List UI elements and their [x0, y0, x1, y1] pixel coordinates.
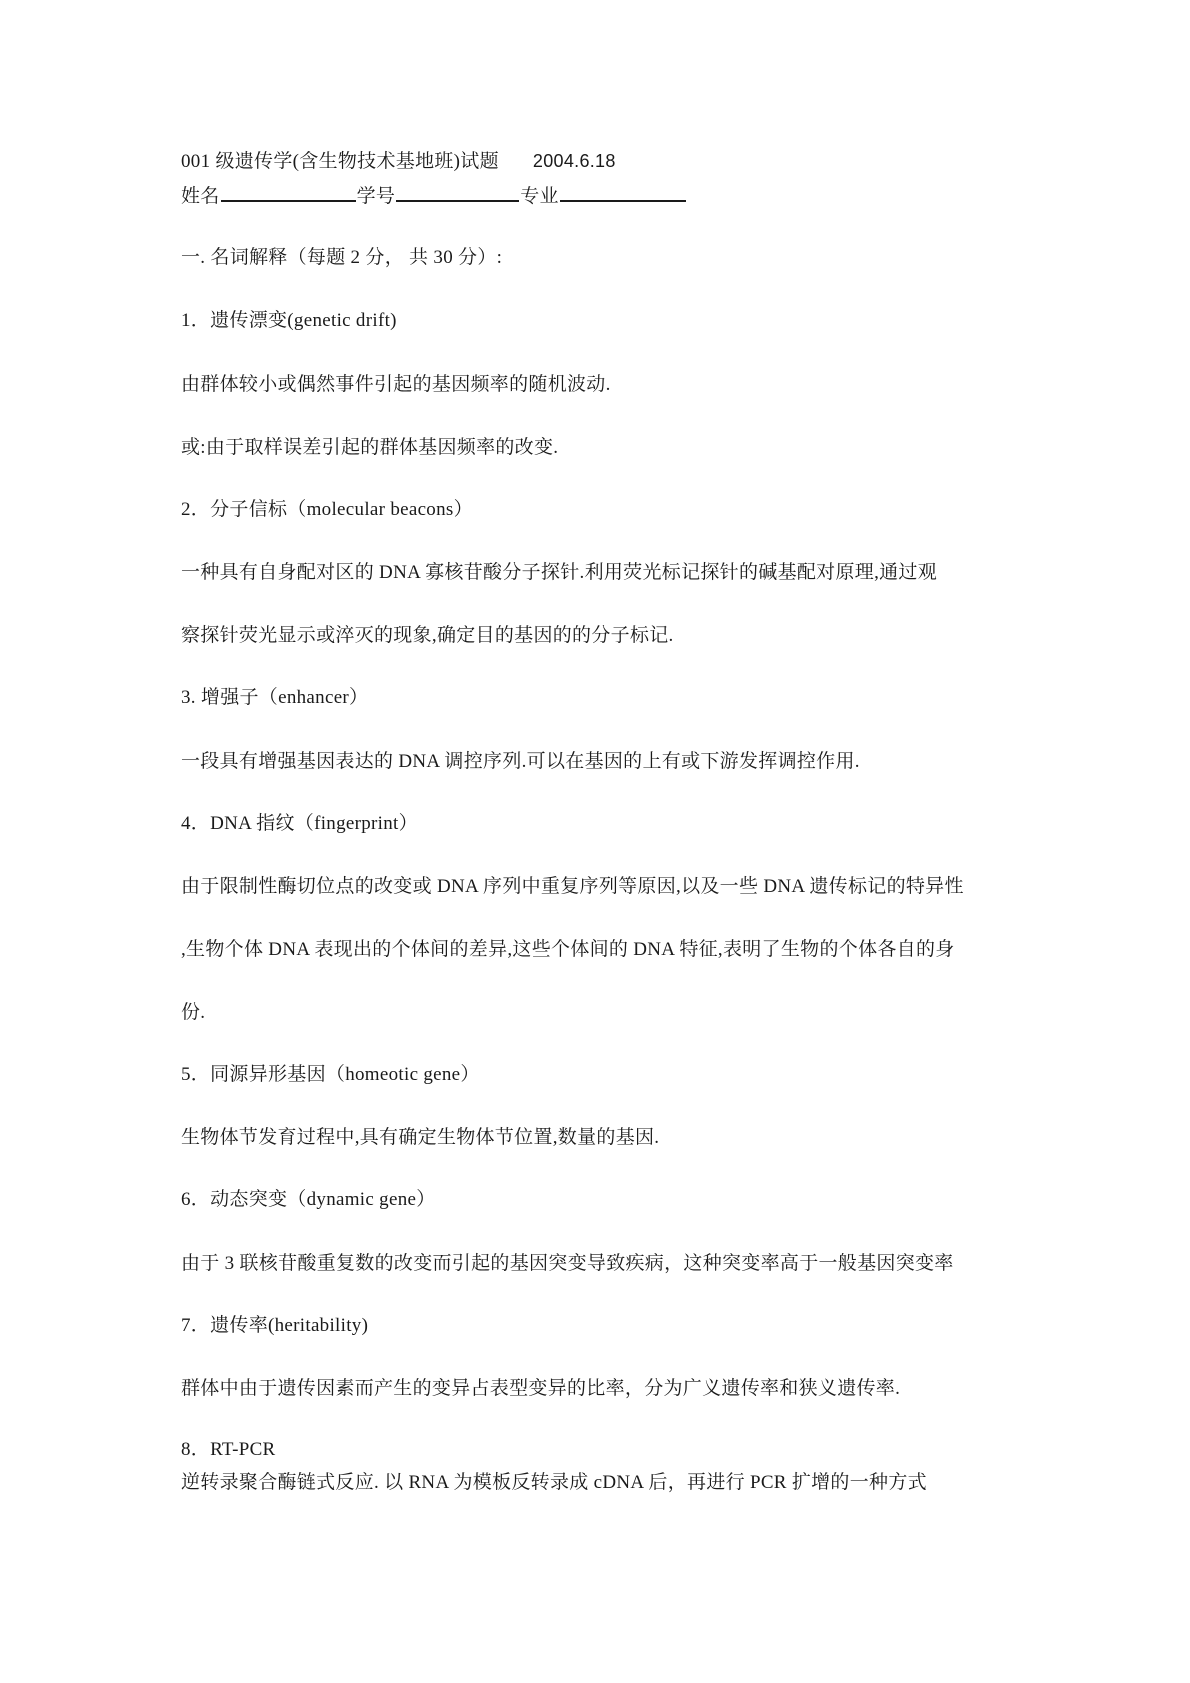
term-2: 2．分子信标（molecular beacons）	[181, 497, 473, 523]
student-id-blank	[396, 180, 519, 202]
term-3: 3. 增强子（enhancer）	[181, 685, 368, 711]
term-8: 8．RT-PCR	[181, 1437, 276, 1463]
term-1: 1．遗传漂变(genetic drift)	[181, 308, 397, 334]
definition-3-line-1: 一段具有增强基因表达的 DNA 调控序列.可以在基因的上有或下游发挥调控作用.	[181, 749, 860, 775]
definition-1-line-2: 或:由于取样误差引起的群体基因频率的改变.	[181, 435, 558, 461]
section-heading: 一. 名词解释（每题 2 分， 共 30 分）:	[181, 245, 502, 271]
major-label: 专业	[520, 186, 559, 207]
definition-8-line-1: 逆转录聚合酶链式反应. 以 RNA 为模板反转录成 cDNA 后，再进行 PCR…	[181, 1470, 927, 1496]
major-blank	[560, 180, 686, 202]
definition-2-line-2: 察探针荧光显示或淬灭的现象,确定目的基因的的分子标记.	[181, 623, 674, 649]
term-7: 7．遗传率(heritability)	[181, 1313, 368, 1339]
definition-1-line-1: 由群体较小或偶然事件引起的基因频率的随机波动.	[181, 372, 611, 398]
name-blank	[221, 180, 356, 202]
student-id-label: 学号	[357, 186, 396, 207]
definition-2-line-1: 一种具有自身配对区的 DNA 寡核苷酸分子探针.利用荧光标记探针的碱基配对原理,…	[181, 560, 937, 586]
definition-4-line-1: 由于限制性酶切位点的改变或 DNA 序列中重复序列等原因,以及一些 DNA 遗传…	[181, 874, 964, 900]
term-4: 4．DNA 指纹（fingerprint）	[181, 811, 418, 837]
exam-title-line: 001 级遗传学(含生物技术基地班)试题2004.6.18	[181, 148, 616, 175]
definition-4-line-3: 份.	[181, 1000, 205, 1026]
document-page: 001 级遗传学(含生物技术基地班)试题2004.6.18 姓名学号专业 一. …	[0, 0, 1190, 1683]
definition-4-line-2: ,生物个体 DNA 表现出的个体间的差异,这些个体间的 DNA 特征,表明了生物…	[181, 937, 955, 963]
definition-6-line-1: 由于 3 联核苷酸重复数的改变而引起的基因突变导致疾病，这种突变率高于一般基因突…	[181, 1251, 954, 1277]
definition-5-line-1: 生物体节发育过程中,具有确定生物体节位置,数量的基因.	[181, 1125, 659, 1151]
student-info-line: 姓名学号专业	[181, 180, 687, 210]
exam-title: 001 级遗传学(含生物技术基地班)试题	[181, 151, 499, 172]
name-label: 姓名	[181, 186, 220, 207]
term-6: 6．动态突变（dynamic gene）	[181, 1187, 436, 1213]
term-5: 5．同源异形基因（homeotic gene）	[181, 1062, 480, 1088]
exam-date: 2004.6.18	[533, 151, 616, 171]
definition-7-line-1: 群体中由于遗传因素而产生的变异占表型变异的比率，分为广义遗传率和狭义遗传率.	[181, 1376, 900, 1402]
